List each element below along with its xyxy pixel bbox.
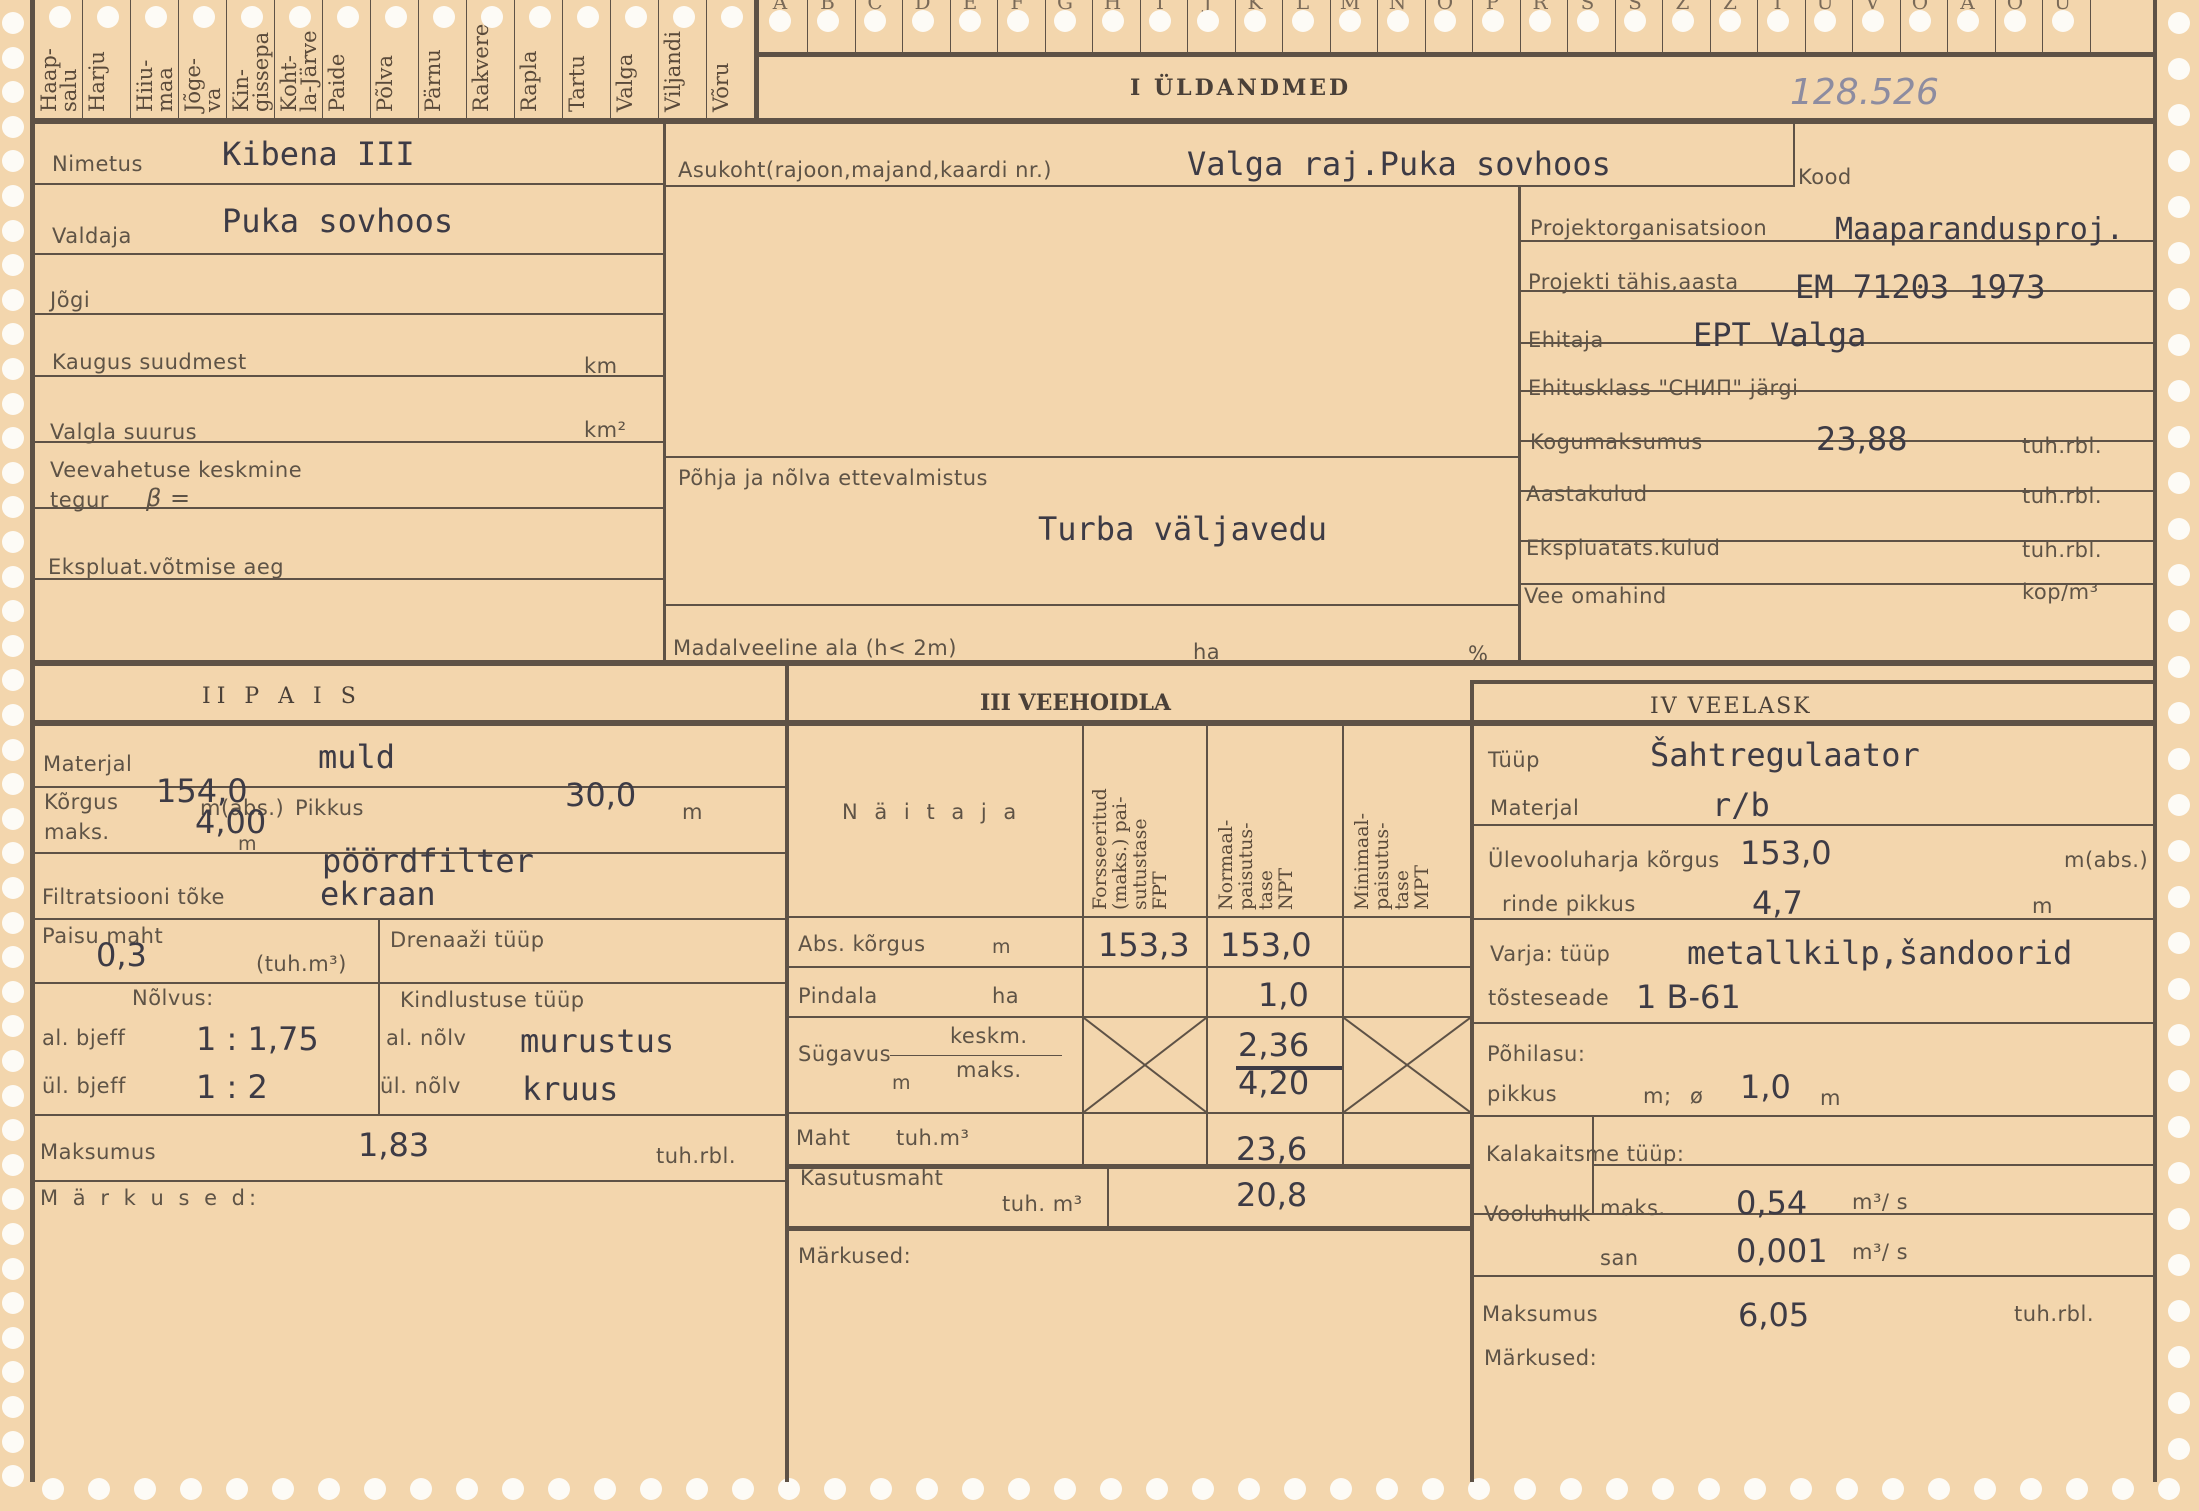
hole — [1376, 1478, 1398, 1500]
jogi-label: Jõgi — [50, 288, 90, 312]
hole — [2, 289, 24, 311]
al-bjeff-value[interactable]: 1 : 1,75 — [196, 1020, 319, 1058]
sugavus-npt-max[interactable]: 4,20 — [1238, 1064, 1309, 1102]
section4-top — [1470, 680, 2155, 684]
filtratsioon-label: Filtratsiooni tõke — [42, 885, 225, 909]
tosteseade-label: tõsteseade — [1488, 986, 1609, 1010]
hole — [2168, 1070, 2190, 1092]
tosteseade-value[interactable]: 1 B-61 — [1636, 978, 1741, 1016]
hole — [1672, 10, 1694, 32]
hole — [180, 1478, 202, 1500]
hole — [2168, 1208, 2190, 1230]
hole — [1482, 10, 1504, 32]
section4-title: IV VEELASK — [1650, 694, 1812, 719]
hole — [2168, 518, 2190, 540]
hole — [88, 1478, 110, 1500]
ehitusklass-label: Ehitusklass "СНИП" järgi — [1528, 376, 1798, 400]
hole — [2168, 702, 2190, 724]
hole — [824, 1478, 846, 1500]
filtratsioon-value-2[interactable]: ekraan — [320, 875, 436, 913]
kasutusmaht-unit: tuh. m³ — [1002, 1192, 1083, 1216]
rinde-label: rinde pikkus — [1502, 892, 1636, 916]
hole — [97, 6, 119, 28]
madalveeline-label: Madalveeline ala (h< 2m) — [673, 636, 957, 660]
hole — [2168, 794, 2190, 816]
hole — [2, 1292, 24, 1314]
valgla-label: Valgla suurus — [50, 420, 197, 444]
hole — [1100, 1478, 1122, 1500]
tuup-label: Tüüp — [1488, 748, 1540, 772]
hole — [2, 566, 24, 588]
hole — [1974, 1478, 1996, 1500]
hole — [2066, 1478, 2088, 1500]
pais-pikkus-unit: m — [682, 800, 703, 824]
hole — [625, 6, 647, 28]
hole — [962, 1478, 984, 1500]
diameter-icon: ø — [1690, 1084, 1703, 1108]
hole — [2, 462, 24, 484]
beta-symbol: β = — [146, 484, 191, 512]
hole — [732, 1478, 754, 1500]
hole — [2, 116, 24, 138]
rinde-unit: m — [2032, 894, 2053, 918]
ul-bjeff-label: ül. bjeff — [42, 1074, 126, 1098]
projekti-tahis-value[interactable]: EM 71203 1973 — [1795, 268, 2045, 306]
projektorg-label: Projektorganisatsioon — [1530, 216, 1767, 240]
pais-markused-label: M ä r k u s e d: — [40, 1186, 260, 1210]
hole — [2, 842, 24, 864]
drenaazi-label: Drenaaži tüüp — [390, 928, 545, 952]
hole — [2, 981, 24, 1003]
hole — [2, 773, 24, 795]
hole — [1434, 10, 1456, 32]
ehitaja-label: Ehitaja — [1528, 328, 1604, 352]
hole — [481, 6, 503, 28]
hole — [1606, 1478, 1628, 1500]
hole — [337, 6, 359, 28]
hole — [2, 1327, 24, 1349]
ulevool-unit: m(abs.) — [2064, 848, 2148, 872]
hole — [2, 946, 24, 968]
paisu-maht-value[interactable]: 0,3 — [96, 936, 147, 974]
hole — [2168, 472, 2190, 494]
hole — [1928, 1478, 1950, 1500]
hole — [1624, 10, 1646, 32]
mpt-crossed-out-icon — [1344, 1018, 1470, 1112]
hole — [673, 6, 695, 28]
hole — [870, 1478, 892, 1500]
vooluhulk-maks-label: maks. — [1600, 1196, 1666, 1220]
pais-maksumus-unit: tuh.rbl. — [656, 1144, 736, 1168]
rinde-value[interactable]: 4,7 — [1752, 884, 1803, 922]
ulevool-value[interactable]: 153,0 — [1740, 834, 1832, 872]
ul-nolv-label: ül. nõlv — [380, 1074, 461, 1098]
hole — [2, 185, 24, 207]
maht-unit: tuh.m³ — [896, 1126, 969, 1150]
pais-pikkus-value[interactable]: 30,0 — [565, 776, 636, 814]
hole — [1292, 10, 1314, 32]
valdaja-label: Valdaja — [52, 224, 132, 248]
hole — [433, 6, 455, 28]
hole — [686, 1478, 708, 1500]
divider-3-4 — [1470, 680, 1474, 1482]
hole — [1284, 1478, 1306, 1500]
hole — [385, 6, 407, 28]
pais-maks-label: maks. — [44, 820, 110, 844]
hole — [2168, 58, 2190, 80]
hole — [2, 600, 24, 622]
veelask-materjal-label: Materjal — [1490, 796, 1579, 820]
pindala-label: Pindala — [798, 984, 878, 1008]
hole — [42, 1478, 64, 1500]
hole — [2168, 656, 2190, 678]
hole — [2168, 886, 2190, 908]
hole — [1882, 1478, 1904, 1500]
vooluhulk-san-value[interactable]: 0,001 — [1736, 1232, 1828, 1270]
hole — [2, 12, 24, 34]
hole — [2, 1050, 24, 1072]
hole — [2, 1015, 24, 1037]
hole — [364, 1478, 386, 1500]
hole — [1652, 1478, 1674, 1500]
hole — [959, 10, 981, 32]
hole — [2, 877, 24, 899]
sugavus-label: Sügavus — [798, 1042, 891, 1066]
hole — [410, 1478, 432, 1500]
hole — [1192, 1478, 1214, 1500]
header-bottom — [30, 118, 2155, 124]
npt-header: Normaal- paisutus- tase NPT — [1216, 734, 1296, 910]
veevahetus-label: Veevahetuse keskmine — [50, 458, 302, 482]
hole — [1862, 10, 1884, 32]
hole — [1330, 1478, 1352, 1500]
ehitaja-value[interactable]: EPT Valga — [1693, 316, 1866, 354]
sugavus-keskm-label: keskm. — [950, 1024, 1028, 1048]
hole — [2, 150, 24, 172]
hole — [2, 1465, 24, 1487]
section-headers-bottom — [30, 720, 2155, 726]
hole — [2168, 104, 2190, 126]
hole — [594, 1478, 616, 1500]
varja-value[interactable]: metallkilp,šandoorid — [1687, 934, 2072, 972]
vooluhulk-maks-value[interactable]: 0,54 — [1736, 1184, 1807, 1222]
hole — [2168, 1300, 2190, 1322]
pencil-catalog-number: 128.526 — [1790, 72, 1939, 113]
hole — [2168, 334, 2190, 356]
aastakulud-label: Aastakulud — [1526, 482, 1648, 506]
pais-korgus-label: Kõrgus — [44, 790, 118, 814]
hole — [1957, 10, 1979, 32]
hole — [2, 912, 24, 934]
hole — [2, 81, 24, 103]
abs-korgus-fpt[interactable]: 153,3 — [1098, 926, 1190, 964]
hole — [2, 1258, 24, 1280]
pohilasu-value[interactable]: 1,0 — [1740, 1068, 1791, 1106]
paisu-maht-unit: (tuh.m³) — [256, 952, 347, 976]
kaugus-unit: km — [584, 354, 618, 378]
hole — [1149, 10, 1171, 32]
hole — [640, 1478, 662, 1500]
hole — [2, 1396, 24, 1418]
vee-omahind-label: Vee omahind — [1524, 584, 1667, 608]
hole — [2, 254, 24, 276]
hole — [2168, 840, 2190, 862]
hole — [272, 1478, 294, 1500]
veelask-materjal-value[interactable]: r/b — [1712, 786, 1770, 824]
mpt-header: Minimaal- paisutus- tase MPT — [1352, 734, 1432, 910]
tegur-label: tegur — [50, 488, 109, 512]
nolvus-label: Nõlvus: — [132, 986, 214, 1010]
hole — [2168, 564, 2190, 586]
hole — [2, 393, 24, 415]
hole — [2, 808, 24, 830]
hole — [2, 1085, 24, 1107]
hole — [2168, 978, 2190, 1000]
hole — [1767, 10, 1789, 32]
abs-korgus-unit: m — [992, 936, 1011, 958]
hole — [2, 496, 24, 518]
hole — [2168, 1438, 2190, 1460]
nimetus-value[interactable]: Kibena III — [222, 135, 415, 173]
veelask-maksumus-label: Maksumus — [1482, 1302, 1598, 1326]
hole — [456, 1478, 478, 1500]
hole — [2, 1154, 24, 1176]
kalakaitse-label: Kalakaitsme tüüp: — [1486, 1142, 1684, 1166]
hole — [2, 1361, 24, 1383]
kood-label: Kood — [1798, 165, 1852, 189]
ulevool-label: Ülevooluharja kõrgus — [1488, 848, 1720, 872]
abs-korgus-npt[interactable]: 153,0 — [1220, 926, 1312, 964]
hole — [1197, 10, 1219, 32]
hole — [2, 1431, 24, 1453]
pohilasu-unit2: m — [1820, 1086, 1841, 1110]
pais-pikkus-label: Pikkus — [295, 796, 364, 820]
pohja-label: Põhja ja nõlva ettevalmistus — [678, 466, 988, 490]
ul-bjeff-value[interactable]: 1 : 2 — [196, 1068, 268, 1106]
pindala-npt[interactable]: 1,0 — [1258, 976, 1309, 1014]
hole — [1909, 10, 1931, 32]
maht-npt[interactable]: 23,6 — [1236, 1130, 1307, 1168]
hole — [778, 1478, 800, 1500]
hole — [289, 6, 311, 28]
hole — [529, 6, 551, 28]
strip-divider — [755, 0, 759, 122]
hole — [1244, 10, 1266, 32]
hole — [2168, 1392, 2190, 1414]
asukoht-label: Asukoht(rajoon,majand,kaardi nr.) — [678, 158, 1052, 182]
hole — [241, 6, 263, 28]
hole — [2168, 288, 2190, 310]
divider-2-3 — [785, 664, 789, 1482]
nimetus-label: Nimetus — [52, 152, 143, 176]
kogumaksumus-unit: tuh.rbl. — [2022, 434, 2102, 458]
frame-right — [2153, 0, 2157, 1482]
hole — [2168, 150, 2190, 172]
hole — [2, 1119, 24, 1141]
fraction-bar — [890, 1055, 1062, 1056]
hole — [2168, 932, 2190, 954]
hole — [1719, 10, 1741, 32]
hole — [145, 6, 167, 28]
ekspl-kulud-label: Ekspluatats.kulud — [1526, 536, 1720, 560]
sugavus-maks-label: maks. — [956, 1058, 1022, 1082]
hole — [2, 531, 24, 553]
hole — [2168, 1346, 2190, 1368]
hole — [2020, 1478, 2042, 1500]
pohilasu-unit1: m; — [1643, 1084, 1672, 1108]
hole — [1560, 1478, 1582, 1500]
hole — [318, 1478, 340, 1500]
hole — [1814, 10, 1836, 32]
ekspluat-label: Ekspluat.võtmise aeg — [48, 555, 284, 579]
section1-title: I ÜLDANDMED — [1130, 75, 1351, 101]
hole — [817, 10, 839, 32]
pais-materjal-label: Materjal — [43, 752, 132, 776]
hole — [2, 323, 24, 345]
hole — [548, 1478, 570, 1500]
hole — [2, 739, 24, 761]
hole — [912, 10, 934, 32]
pohilasu-label: Põhilasu: — [1487, 1042, 1585, 1066]
hole — [1387, 10, 1409, 32]
hole — [2, 635, 24, 657]
hole — [49, 6, 71, 28]
veehoidla-markused-label: Märkused: — [798, 1244, 911, 1268]
aastakulud-unit: tuh.rbl. — [2022, 484, 2102, 508]
sugavus-unit: m — [892, 1072, 911, 1094]
asukoht-value[interactable]: Valga raj.Puka sovhoos — [1187, 145, 1611, 183]
hole — [226, 1478, 248, 1500]
tuup-value[interactable]: Šahtregulaator — [1650, 736, 1920, 774]
hole — [2, 427, 24, 449]
hole — [2, 358, 24, 380]
kogumaksumus-value[interactable]: 23,88 — [1816, 420, 1908, 458]
naitaja-header: N ä i t a j a — [842, 800, 1021, 824]
hole — [769, 10, 791, 32]
hole — [1339, 10, 1361, 32]
vooluhulk-label: Vooluhulk — [1484, 1202, 1591, 1226]
projekti-tahis-label: Projekti tähis,aasta — [1528, 270, 1739, 294]
hole — [1790, 1478, 1812, 1500]
hole — [2, 704, 24, 726]
hole — [1054, 1478, 1076, 1500]
hole — [577, 6, 599, 28]
maht-label: Maht — [796, 1126, 851, 1150]
abs-korgus-label: Abs. kõrgus — [798, 932, 926, 956]
kasutusmaht-value[interactable]: 20,8 — [1236, 1176, 1307, 1214]
frame-left — [30, 0, 35, 1482]
hole — [2, 220, 24, 242]
hole — [1008, 1478, 1030, 1500]
valdaja-value[interactable]: Puka sovhoos — [222, 202, 453, 240]
vooluhulk-maks-unit: m³/ s — [1852, 1190, 1908, 1214]
vooluhulk-san-label: san — [1600, 1246, 1639, 1270]
al-bjeff-label: al. bjeff — [42, 1026, 125, 1050]
hole — [1529, 10, 1551, 32]
hole — [134, 1478, 156, 1500]
section2-title: II P A I S — [202, 684, 362, 709]
varja-label: Varja: tüüp — [1490, 942, 1610, 966]
hole — [1238, 1478, 1260, 1500]
kasutusmaht-label: Kasutusmaht — [800, 1166, 943, 1190]
pohilasu-pikkus-label: pikkus — [1487, 1082, 1557, 1106]
hole — [916, 1478, 938, 1500]
hole — [2, 669, 24, 691]
ekspl-kulud-unit: tuh.rbl. — [2022, 538, 2102, 562]
hole — [1577, 10, 1599, 32]
hole — [2168, 1024, 2190, 1046]
pohja-value[interactable]: Turba väljavedu — [1038, 510, 1327, 548]
hole — [2168, 380, 2190, 402]
projektorg-value[interactable]: Maaparandusproj. — [1835, 212, 2124, 247]
hole — [1744, 1478, 1766, 1500]
hole — [864, 10, 886, 32]
hole — [2168, 196, 2190, 218]
hole — [2168, 1254, 2190, 1276]
section1-bottom — [30, 660, 2155, 666]
hole — [2168, 1162, 2190, 1184]
pais-maksumus-label: Maksumus — [40, 1140, 156, 1164]
hole — [1698, 1478, 1720, 1500]
hole — [1514, 1478, 1536, 1500]
fpt-header: Forsseeritud (maks.) pai- sutustase FPT — [1090, 734, 1170, 910]
veelask-maksumus-value[interactable]: 6,05 — [1738, 1296, 1809, 1334]
hole — [2052, 10, 2074, 32]
hole — [721, 6, 743, 28]
fpt-crossed-out-icon — [1084, 1018, 1206, 1112]
hole — [502, 1478, 524, 1500]
sugavus-npt-avg[interactable]: 2,36 — [1238, 1026, 1309, 1064]
hole — [2168, 426, 2190, 448]
hole — [2168, 1116, 2190, 1138]
hole — [1146, 1478, 1168, 1500]
kogumaksumus-label: Kogumaksumus — [1530, 430, 1703, 454]
hole — [2158, 1478, 2180, 1500]
pindala-unit: ha — [992, 984, 1019, 1008]
valgla-unit: km² — [584, 418, 627, 442]
kindlustus-label: Kindlustuse tüüp — [400, 988, 585, 1012]
ul-nolv-value[interactable]: kruus — [522, 1070, 618, 1108]
hole — [2004, 10, 2026, 32]
hole — [1102, 10, 1124, 32]
kaugus-label: Kaugus suudmest — [52, 350, 247, 374]
pais-maksumus-value[interactable]: 1,83 — [358, 1126, 429, 1164]
section3-title: III VEEHOIDLA — [980, 690, 1171, 716]
al-nolv-label: al. nõlv — [386, 1026, 466, 1050]
pais-materjal-value[interactable]: muld — [318, 738, 395, 776]
hole — [1422, 1478, 1444, 1500]
pais-korgus-max-unit: m — [238, 833, 257, 855]
hole — [2168, 12, 2190, 34]
hole — [2, 47, 24, 69]
vee-omahind-unit: kop/m³ — [2022, 580, 2099, 604]
hole — [2, 1188, 24, 1210]
hole — [2168, 610, 2190, 632]
hole — [2, 1223, 24, 1245]
veelask-markused-label: Märkused: — [1484, 1346, 1597, 1370]
al-nolv-value[interactable]: murustus — [520, 1022, 674, 1060]
veelask-maksumus-unit: tuh.rbl. — [2014, 1302, 2094, 1326]
hole — [1054, 10, 1076, 32]
hole — [2168, 242, 2190, 264]
hole — [1836, 1478, 1858, 1500]
hole — [2112, 1478, 2134, 1500]
hole — [2168, 748, 2190, 770]
vooluhulk-san-unit: m³/ s — [1852, 1240, 1908, 1264]
letters-bottom — [755, 52, 2155, 57]
hole — [193, 6, 215, 28]
hole — [1007, 10, 1029, 32]
